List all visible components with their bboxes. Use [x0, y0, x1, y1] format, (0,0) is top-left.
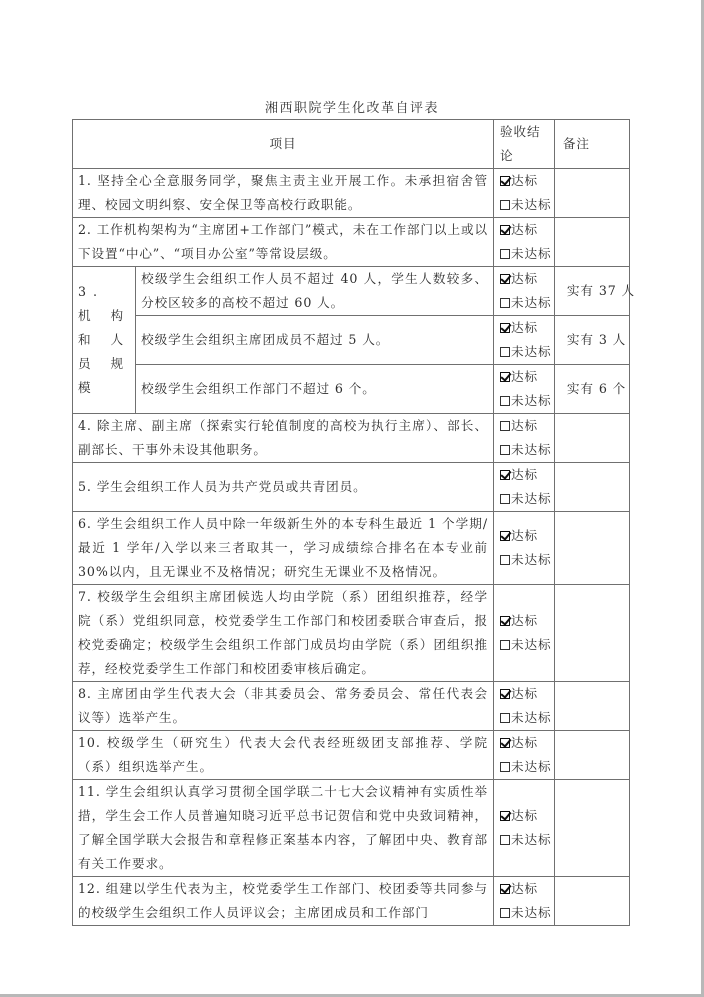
note-cell	[554, 218, 629, 267]
result-cell: 达标 未达标	[494, 414, 555, 463]
checkbox-icon[interactable]	[500, 689, 510, 699]
result-cell: 达标 未达标	[494, 463, 555, 512]
checkbox-icon[interactable]	[500, 616, 510, 626]
table-row: 12. 组建以学生代表为主，校党委学生工作部门、校团委等共同参与的校级学生会组织…	[73, 877, 630, 926]
pass-option[interactable]: 达标	[500, 731, 552, 755]
checkbox-icon[interactable]	[500, 555, 510, 565]
table-row: 10. 校级学生（研究生）代表大会代表经班级团支部推荐、学院（系）组织选举产生。…	[73, 731, 630, 780]
checkbox-icon[interactable]	[500, 249, 510, 259]
item-text: 2. 工作机构架构为“主席团+工作部门”模式，未在工作部门以上或以下设置“中心”…	[73, 218, 494, 267]
result-cell: 达标 未达标	[494, 877, 555, 926]
fail-option[interactable]: 未达标	[500, 242, 552, 266]
pass-option[interactable]: 达标	[500, 682, 552, 706]
result-cell: 达标 未达标	[494, 731, 555, 780]
result-cell: 达标 未达标	[494, 585, 555, 682]
fail-option[interactable]: 未达标	[500, 487, 552, 511]
header-item: 项目	[73, 120, 494, 169]
fail-option[interactable]: 未达标	[500, 438, 552, 462]
result-cell: 达标 未达标	[494, 365, 555, 414]
checkbox-icon[interactable]	[500, 470, 510, 480]
fail-option[interactable]: 未达标	[500, 828, 552, 852]
pass-option[interactable]: 达标	[500, 877, 552, 901]
pass-option[interactable]: 达标	[500, 218, 552, 242]
header-note: 备注	[554, 120, 629, 169]
checkbox-icon[interactable]	[500, 884, 510, 894]
table-header-row: 项目 验收结论 备注	[73, 120, 630, 169]
item-text: 7. 校级学生会组织主席团候选人均由学院（系）团组织推荐，经学院（系）党组织同意…	[73, 585, 494, 682]
item-text: 8. 主席团由学生代表大会（非其委员会、常务委员会、常任代表会议等）选举产生。	[73, 682, 494, 731]
note-cell: 实有 6 个	[554, 365, 629, 414]
checkbox-icon[interactable]	[500, 811, 510, 821]
item-text: 10. 校级学生（研究生）代表大会代表经班级团支部推荐、学院（系）组织选举产生。	[73, 731, 494, 780]
note-cell	[554, 731, 629, 780]
checkbox-icon[interactable]	[500, 347, 510, 357]
result-cell: 达标 未达标	[494, 169, 555, 218]
checkbox-icon[interactable]	[500, 738, 510, 748]
result-cell: 达标 未达标	[494, 682, 555, 731]
fail-option[interactable]: 未达标	[500, 633, 552, 657]
table-row: 7. 校级学生会组织主席团候选人均由学院（系）团组织推荐，经学院（系）党组织同意…	[73, 585, 630, 682]
result-cell: 达标 未达标	[494, 218, 555, 267]
fail-option[interactable]: 未达标	[500, 706, 552, 730]
checkbox-icon[interactable]	[500, 445, 510, 455]
table-row: 校级学生会组织工作部门不超过 6 个。 达标 未达标 实有 6 个	[73, 365, 630, 414]
checkbox-icon[interactable]	[500, 274, 510, 284]
pass-option[interactable]: 达标	[500, 316, 552, 340]
checkbox-icon[interactable]	[500, 908, 510, 918]
header-result: 验收结论	[494, 120, 555, 169]
checkbox-icon[interactable]	[500, 372, 510, 382]
fail-option[interactable]: 未达标	[500, 389, 552, 413]
pass-option[interactable]: 达标	[500, 365, 552, 389]
item-text: 11. 学生会组织认真学习贯彻全国学联二十七大会议精神有实质性举措，学生会工作人…	[73, 780, 494, 877]
table-row: 11. 学生会组织认真学习贯彻全国学联二十七大会议精神有实质性举措，学生会工作人…	[73, 780, 630, 877]
pass-option[interactable]: 达标	[500, 414, 552, 438]
pass-option[interactable]: 达标	[500, 524, 552, 548]
pass-option[interactable]: 达标	[500, 804, 552, 828]
table-row: 6. 学生会组织工作人员中除一年级新生外的本专科生最近 1 个学期/最近 1 学…	[73, 512, 630, 585]
item-text: 1. 坚持全心全意服务同学，聚焦主责主业开展工作。未承担宿舍管理、校园文明纠察、…	[73, 169, 494, 218]
table-row: 2. 工作机构架构为“主席团+工作部门”模式，未在工作部门以上或以下设置“中心”…	[73, 218, 630, 267]
note-cell	[554, 463, 629, 512]
note-cell	[554, 585, 629, 682]
checkbox-icon[interactable]	[500, 835, 510, 845]
checkbox-icon[interactable]	[500, 762, 510, 772]
result-cell: 达标 未达标	[494, 316, 555, 365]
note-cell	[554, 682, 629, 731]
fail-option[interactable]: 未达标	[500, 291, 552, 315]
sub-item-text: 校级学生会组织工作部门不超过 6 个。	[136, 365, 494, 414]
sub-item-text: 校级学生会组织工作人员不超过 40 人，学生人数较多、分校区较多的高校不超过 6…	[136, 267, 494, 316]
checkbox-icon[interactable]	[500, 298, 510, 308]
fail-option[interactable]: 未达标	[500, 193, 552, 217]
note-cell	[554, 512, 629, 585]
pass-option[interactable]: 达标	[500, 169, 552, 193]
table-row: 3. 机构和人员规模 校级学生会组织工作人员不超过 40 人，学生人数较多、分校…	[73, 267, 630, 316]
note-cell	[554, 780, 629, 877]
item-text: 4. 除主席、副主席（探索实行轮值制度的高校为执行主席）、部长、副部长、干事外未…	[73, 414, 494, 463]
item-text: 12. 组建以学生代表为主，校党委学生工作部门、校团委等共同参与的校级学生会组织…	[73, 877, 494, 926]
result-cell: 达标 未达标	[494, 780, 555, 877]
note-cell: 实有 37 人	[554, 267, 629, 316]
checkbox-icon[interactable]	[500, 494, 510, 504]
fail-option[interactable]: 未达标	[500, 901, 552, 925]
result-cell: 达标 未达标	[494, 267, 555, 316]
pass-option[interactable]: 达标	[500, 609, 552, 633]
sub-item-text: 校级学生会组织主席团成员不超过 5 人。	[136, 316, 494, 365]
item-text: 6. 学生会组织工作人员中除一年级新生外的本专科生最近 1 个学期/最近 1 学…	[73, 512, 494, 585]
self-evaluation-table: 项目 验收结论 备注 1. 坚持全心全意服务同学，聚焦主责主业开展工作。未承担宿…	[72, 119, 630, 926]
checkbox-icon[interactable]	[500, 200, 510, 210]
note-cell	[554, 414, 629, 463]
table-row: 1. 坚持全心全意服务同学，聚焦主责主业开展工作。未承担宿舍管理、校园文明纠察、…	[73, 169, 630, 218]
checkbox-icon[interactable]	[500, 421, 510, 431]
item-text: 5. 学生会组织工作人员为共产党员或共青团员。	[73, 463, 494, 512]
table-row: 8. 主席团由学生代表大会（非其委员会、常务委员会、常任代表会议等）选举产生。 …	[73, 682, 630, 731]
checkbox-icon[interactable]	[500, 176, 510, 186]
group-label: 3. 机构和人员规模	[73, 267, 136, 414]
checkbox-icon[interactable]	[500, 713, 510, 723]
checkbox-icon[interactable]	[500, 531, 510, 541]
table-row: 5. 学生会组织工作人员为共产党员或共青团员。 达标 未达标	[73, 463, 630, 512]
result-cell: 达标 未达标	[494, 512, 555, 585]
checkbox-icon[interactable]	[500, 640, 510, 650]
document-title: 湘西职院学生化改革自评表	[0, 97, 704, 116]
table-row: 4. 除主席、副主席（探索实行轮值制度的高校为执行主席）、部长、副部长、干事外未…	[73, 414, 630, 463]
pass-option[interactable]: 达标	[500, 267, 552, 291]
fail-option[interactable]: 未达标	[500, 548, 552, 572]
checkbox-icon[interactable]	[500, 396, 510, 406]
note-cell: 实有 3 人	[554, 316, 629, 365]
note-cell	[554, 169, 629, 218]
note-cell	[554, 877, 629, 926]
fail-option[interactable]: 未达标	[500, 755, 552, 779]
checkbox-icon[interactable]	[500, 323, 510, 333]
checkbox-icon[interactable]	[500, 225, 510, 235]
table-row: 校级学生会组织主席团成员不超过 5 人。 达标 未达标 实有 3 人	[73, 316, 630, 365]
fail-option[interactable]: 未达标	[500, 340, 552, 364]
pass-option[interactable]: 达标	[500, 463, 552, 487]
